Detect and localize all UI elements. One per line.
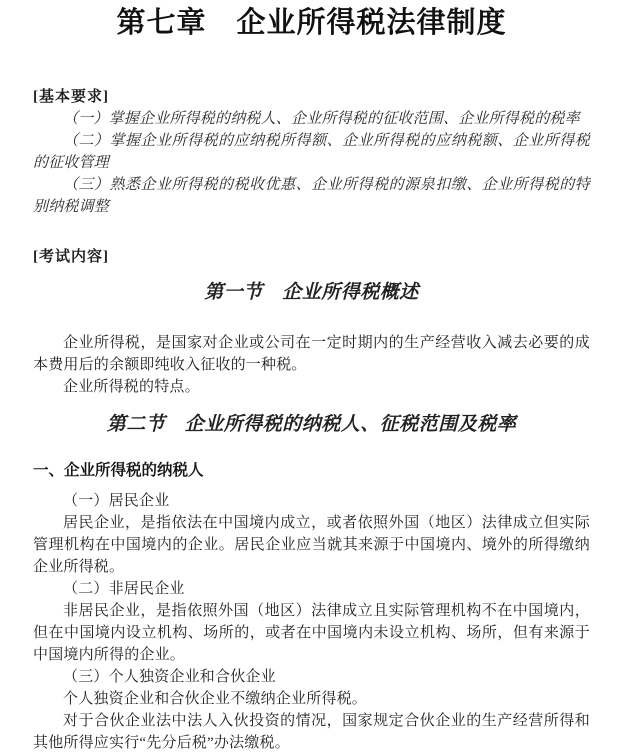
section1-heading: 第一节 企业所得税概述 xyxy=(33,280,590,306)
basic-requirements-label: [基本要求] xyxy=(33,86,590,108)
basic-requirement-item-2: （二）掌握企业所得税的应纳税所得额、企业所得税的应纳税额、企业所得税的征收管理 xyxy=(33,130,590,174)
item-paragraph-sole-proprietorship-2: 对于合伙企业法中法人入伙投资的情况，国家规定合伙企业的生产经营所得和其他所得应实… xyxy=(33,710,590,754)
chapter-title: 第七章 企业所得税法律制度 xyxy=(33,5,590,42)
exam-content-label: [考试内容] xyxy=(33,246,590,268)
item-label-resident-enterprise: （一）居民企业 xyxy=(33,490,590,512)
item-paragraph-nonresident-enterprise: 非居民企业，是指依照外国（地区）法律成立且实际管理机构不在中国境内，但在中国境内… xyxy=(33,600,590,666)
section1-note: 企业所得税的特点。 xyxy=(33,376,590,398)
section1-paragraph: 企业所得税，是国家对企业或公司在一定时期内的生产经营收入减去必要的成本费用后的余… xyxy=(33,332,590,376)
section2-subheading-taxpayers: 一、企业所得税的纳税人 xyxy=(33,460,590,482)
item-paragraph-resident-enterprise: 居民企业，是指依法在中国境内成立，或者依照外国（地区）法律成立但实际管理机构在中… xyxy=(33,512,590,578)
basic-requirement-item-3: （三）熟悉企业所得税的税收优惠、企业所得税的源泉扣缴、企业所得税的特别纳税调整 xyxy=(33,174,590,218)
section2-heading: 第二节 企业所得税的纳税人、征税范围及税率 xyxy=(33,412,590,438)
basic-requirement-item-1: （一）掌握企业所得税的纳税人、企业所得税的征收范围、企业所得税的税率 xyxy=(33,108,590,130)
item-paragraph-sole-proprietorship-1: 个人独资企业和合伙企业不缴纳企业所得税。 xyxy=(33,688,590,710)
document-page: 第七章 企业所得税法律制度 [基本要求] （一）掌握企业所得税的纳税人、企业所得… xyxy=(0,5,620,755)
item-label-sole-proprietorship-partnership: （三）个人独资企业和合伙企业 xyxy=(33,666,590,688)
item-label-nonresident-enterprise: （二）非居民企业 xyxy=(33,578,590,600)
